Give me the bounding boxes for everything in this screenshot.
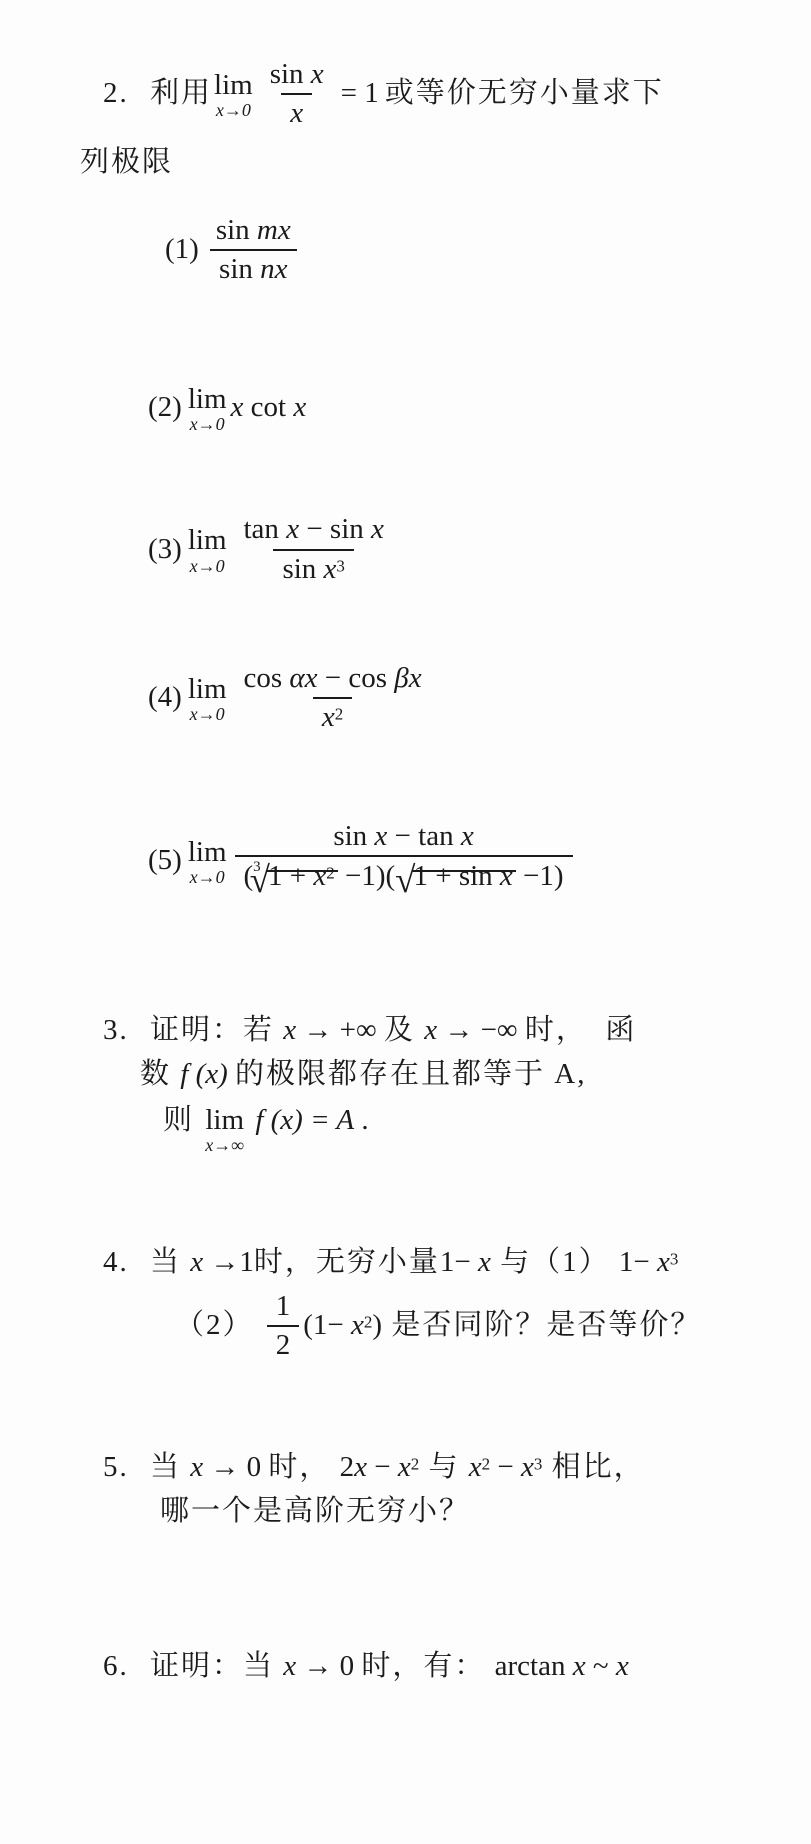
fn-token: cot — [243, 391, 293, 423]
fn-token: tan — [418, 820, 461, 852]
var-token: x — [231, 391, 244, 423]
item-label: (1) — [165, 231, 199, 269]
fn-token: sin — [459, 860, 500, 892]
lim-subscript: x→0 — [190, 415, 225, 433]
lim-word: lim — [188, 836, 227, 869]
radicand: 1 + x2 — [267, 870, 338, 889]
lim-subscript: x→0 — [190, 557, 225, 575]
math-group: 2x − x2 — [340, 1449, 420, 1487]
fraction: sin x x — [261, 56, 333, 132]
num-token: 2 — [276, 1329, 291, 1361]
limit-block: lim x→0 — [188, 673, 227, 723]
cube-root-radical: 3√1 + x2 — [253, 872, 338, 889]
limit-block: lim x→0 — [188, 383, 227, 433]
var-token: x — [313, 860, 326, 892]
fraction-denominator: x — [281, 93, 312, 132]
intro-text-pre: 利用 — [150, 75, 212, 113]
num-token: 2 — [340, 1451, 355, 1483]
fn-token: sin — [333, 820, 374, 852]
problem-5-line1: 5. 当 x → 0 时， 2x − x2 与 x2 − x3 相比， — [103, 1449, 811, 1487]
op-token: −1)( — [338, 860, 395, 892]
worksheet-page: 2. 利用 lim x→0 sin x x = 1 或等价无穷小量求下 列极限 … — [0, 0, 811, 1686]
fn-token: sin — [270, 58, 311, 90]
exponent-token: 2 — [411, 1455, 420, 1474]
fraction-numerator: cos αx − cos βx — [235, 660, 431, 697]
item-label: (2) — [148, 389, 182, 427]
math-group: (1− x2) — [303, 1307, 382, 1345]
var-token: x — [283, 1012, 296, 1050]
fn-token: sin — [216, 214, 257, 246]
fraction-numerator: sin x — [261, 56, 333, 93]
problem-2: 2. 利用 lim x→0 sin x x = 1 或等价无穷小量求下 列极限 … — [0, 56, 811, 904]
lim-subscript: x→∞ — [205, 1136, 244, 1154]
var-token: x — [311, 58, 324, 90]
fraction-numerator: sin mx — [207, 212, 300, 249]
var-token: x — [324, 553, 337, 585]
num-token: 1− — [619, 1246, 657, 1278]
exponent-token: 2 — [335, 704, 344, 723]
lim-word: lim — [188, 383, 227, 416]
fn-token: cos — [244, 662, 290, 694]
expression: x cot x — [231, 389, 307, 427]
tilde-token: ~ — [586, 1650, 616, 1682]
math-token: f (x) — [180, 1056, 235, 1094]
limit-block: lim x→0 — [214, 69, 253, 119]
exponent-token: 3 — [336, 556, 345, 575]
fn-token: sin — [330, 513, 371, 545]
text-token: 时， — [268, 1449, 339, 1487]
math-token: → −∞ — [437, 1012, 525, 1050]
text-token: 证明：当 — [150, 1648, 283, 1686]
math-group: 1− x3 — [619, 1244, 678, 1282]
var-token: x — [521, 1451, 534, 1483]
var-token: x — [351, 1309, 364, 1341]
fraction-denominator: sin x3 — [273, 549, 353, 588]
op-token: − — [318, 662, 349, 694]
text-token: 当 — [150, 1244, 190, 1282]
var-token: mx — [257, 214, 291, 246]
fraction: cos αx − cos βx x2 — [235, 660, 431, 736]
equals-token: = 1 — [341, 75, 379, 113]
paren-token: ) — [372, 1309, 382, 1341]
text-token: 时，有： — [361, 1648, 494, 1686]
num-token: 1− — [440, 1246, 478, 1278]
intro-text-post: 或等价无穷小量求下 — [385, 75, 664, 113]
square-root-radical: √1 + sin x — [395, 872, 516, 889]
text-token: 哪一个是高阶无穷小？ — [160, 1493, 470, 1531]
text-token: 时，无穷小量 — [254, 1244, 440, 1282]
exponent-token: 3 — [670, 1250, 679, 1269]
intro-text-wrap: 列极限 — [80, 144, 173, 182]
math-token: → 0 — [296, 1648, 361, 1686]
fn-token: cos — [348, 662, 394, 694]
limit-block: lim x→∞ — [205, 1104, 244, 1154]
var-token: x — [286, 513, 299, 545]
var-token: x — [500, 860, 513, 892]
radical-index: 3 — [253, 859, 261, 875]
lim-subscript: x→0 — [190, 868, 225, 886]
period-token: . — [354, 1102, 369, 1140]
num-token: 1 + — [413, 860, 458, 892]
text-token: 证明：若 — [150, 1012, 283, 1050]
problem-3-line1: 3. 证明：若 x → +∞ 及 x → −∞ 时， 函 — [103, 1012, 811, 1050]
var-token: x — [371, 513, 384, 545]
text-token: 与（1） — [491, 1244, 619, 1282]
var-token: x — [190, 1449, 203, 1487]
text-token: 是否同阶？是否等价？ — [382, 1307, 701, 1345]
fraction-numerator: tan x − sin x — [235, 511, 393, 548]
lim-word: lim — [214, 69, 253, 102]
var-token: x — [573, 1650, 586, 1682]
exponent-token: 2 — [326, 864, 335, 883]
limit-block: lim x→0 — [188, 836, 227, 886]
lim-word: lim — [205, 1104, 244, 1137]
var-token: nx — [260, 253, 287, 285]
var-token: x — [374, 820, 387, 852]
text-token: 相比， — [542, 1449, 644, 1487]
var-token: x — [354, 1451, 367, 1483]
text-token: 则 — [163, 1102, 203, 1140]
fraction-numerator: sin x − tan x — [324, 818, 482, 855]
problem-6-number: 6. — [103, 1648, 150, 1686]
fraction: tan x − sin x sin x3 — [235, 511, 393, 587]
fraction: sin mx sin nx — [207, 212, 300, 288]
problem-2-number: 2. — [103, 75, 150, 113]
text-token: 时， 函 — [525, 1012, 637, 1050]
item-label: (4) — [148, 679, 182, 717]
radicand: 1 + sin x — [412, 870, 515, 889]
text-token: 及 — [384, 1012, 424, 1050]
fraction-denominator: 2 — [267, 1325, 300, 1364]
var-token: x — [478, 1246, 491, 1278]
op-token: −1) — [516, 860, 564, 892]
lim-word: lim — [188, 673, 227, 706]
item-2: (2) lim x→0 x cot x — [148, 383, 811, 433]
var-token: x — [616, 1650, 629, 1682]
problem-3: 3. 证明：若 x → +∞ 及 x → −∞ 时， 函 数 f (x) 的极限… — [0, 1012, 811, 1154]
var-token: x — [424, 1012, 437, 1050]
op-token: − — [299, 513, 330, 545]
num-token: 1 — [276, 1290, 291, 1322]
var-token: βx — [394, 662, 421, 694]
fraction: 1 2 — [267, 1288, 300, 1364]
op-token: − — [387, 820, 418, 852]
problem-3-line3: 则 lim x→∞ f (x) = A . — [163, 1102, 811, 1154]
problem-5-line2: 哪一个是高阶无穷小？ — [160, 1493, 811, 1531]
problem-4-line2: （2） 1 2 (1− x2) 是否同阶？是否等价？ — [175, 1288, 811, 1364]
var-token: x — [398, 1451, 411, 1483]
exponent-token: 2 — [482, 1455, 491, 1474]
exponent-token: 3 — [534, 1455, 543, 1474]
problem-4-line1: 4. 当 x →1时，无穷小量1− x 与（1） 1− x3 — [103, 1244, 811, 1282]
item-3: (3) lim x→0 tan x − sin x sin x3 — [148, 511, 811, 587]
var-token: x — [657, 1246, 670, 1278]
math-token: → 0 — [203, 1449, 268, 1487]
var-token: x — [283, 1648, 296, 1686]
problem-3-number: 3. — [103, 1012, 150, 1050]
problem-6-line1: 6. 证明：当 x → 0 时，有： arctan x ~ x — [103, 1648, 811, 1686]
paren-token: (1− — [303, 1309, 351, 1341]
problem-3-line2: 数 f (x) 的极限都存在且都等于 A, — [140, 1056, 811, 1094]
problem-2-intro-line2: 列极限 — [80, 144, 811, 182]
var-token: αx — [289, 662, 317, 694]
var-token: x — [190, 1244, 203, 1282]
fraction-numerator: 1 — [267, 1288, 300, 1325]
item-label: （2） — [175, 1307, 263, 1345]
lim-word: lim — [188, 524, 227, 557]
var-token: x — [290, 97, 303, 129]
math-group: arctan x ~ x — [495, 1648, 629, 1686]
item-4: (4) lim x→0 cos αx − cos βx x2 — [148, 660, 811, 736]
text-token: 数 — [140, 1056, 180, 1094]
lim-subscript: x→0 — [216, 101, 251, 119]
lim-subscript: x→0 — [190, 705, 225, 723]
fn-token: tan — [244, 513, 287, 545]
text-token: 与 — [419, 1449, 469, 1487]
problem-6: 6. 证明：当 x → 0 时，有： arctan x ~ x — [0, 1648, 811, 1686]
var-token: x — [322, 701, 335, 733]
problem-2-intro-line1: 2. 利用 lim x→0 sin x x = 1 或等价无穷小量求下 — [103, 56, 811, 132]
fraction: sin x − tan x (3√1 + x2 −1)(√1 + sin x −… — [235, 818, 573, 904]
op-token: − — [367, 1451, 398, 1483]
op-token: − — [490, 1451, 521, 1483]
math-group: 1− x — [440, 1244, 491, 1282]
var-token: x — [469, 1451, 482, 1483]
text-token: 当 — [150, 1449, 190, 1487]
limit-block: lim x→0 — [188, 524, 227, 574]
fn-token: sin — [282, 553, 323, 585]
math-token: →1 — [203, 1244, 254, 1282]
item-1: (1) sin mx sin nx — [165, 212, 811, 288]
fn-token: sin — [219, 253, 260, 285]
math-token: f (x) = A — [248, 1102, 354, 1140]
item-label: (3) — [148, 531, 182, 569]
fraction-denominator: (3√1 + x2 −1)(√1 + sin x −1) — [235, 855, 573, 904]
problem-5-number: 5. — [103, 1449, 150, 1487]
item-5: (5) lim x→0 sin x − tan x (3√1 + x2 −1)(… — [148, 818, 811, 904]
num-token: 1 + — [268, 860, 313, 892]
item-label: (5) — [148, 842, 182, 880]
fraction-denominator: sin nx — [210, 249, 296, 288]
problem-4-number: 4. — [103, 1244, 150, 1282]
var-token: x — [293, 391, 306, 423]
problem-5: 5. 当 x → 0 时， 2x − x2 与 x2 − x3 相比， 哪一个是… — [0, 1449, 811, 1530]
math-group: x2 − x3 — [469, 1449, 543, 1487]
var-token: x — [461, 820, 474, 852]
math-token: → +∞ — [296, 1012, 384, 1050]
problem-4: 4. 当 x →1时，无穷小量1− x 与（1） 1− x3 （2） 1 2 (… — [0, 1244, 811, 1364]
fn-token: arctan — [495, 1650, 573, 1682]
fraction-denominator: x2 — [313, 697, 352, 736]
text-token: 的极限都存在且都等于 A, — [235, 1056, 586, 1094]
